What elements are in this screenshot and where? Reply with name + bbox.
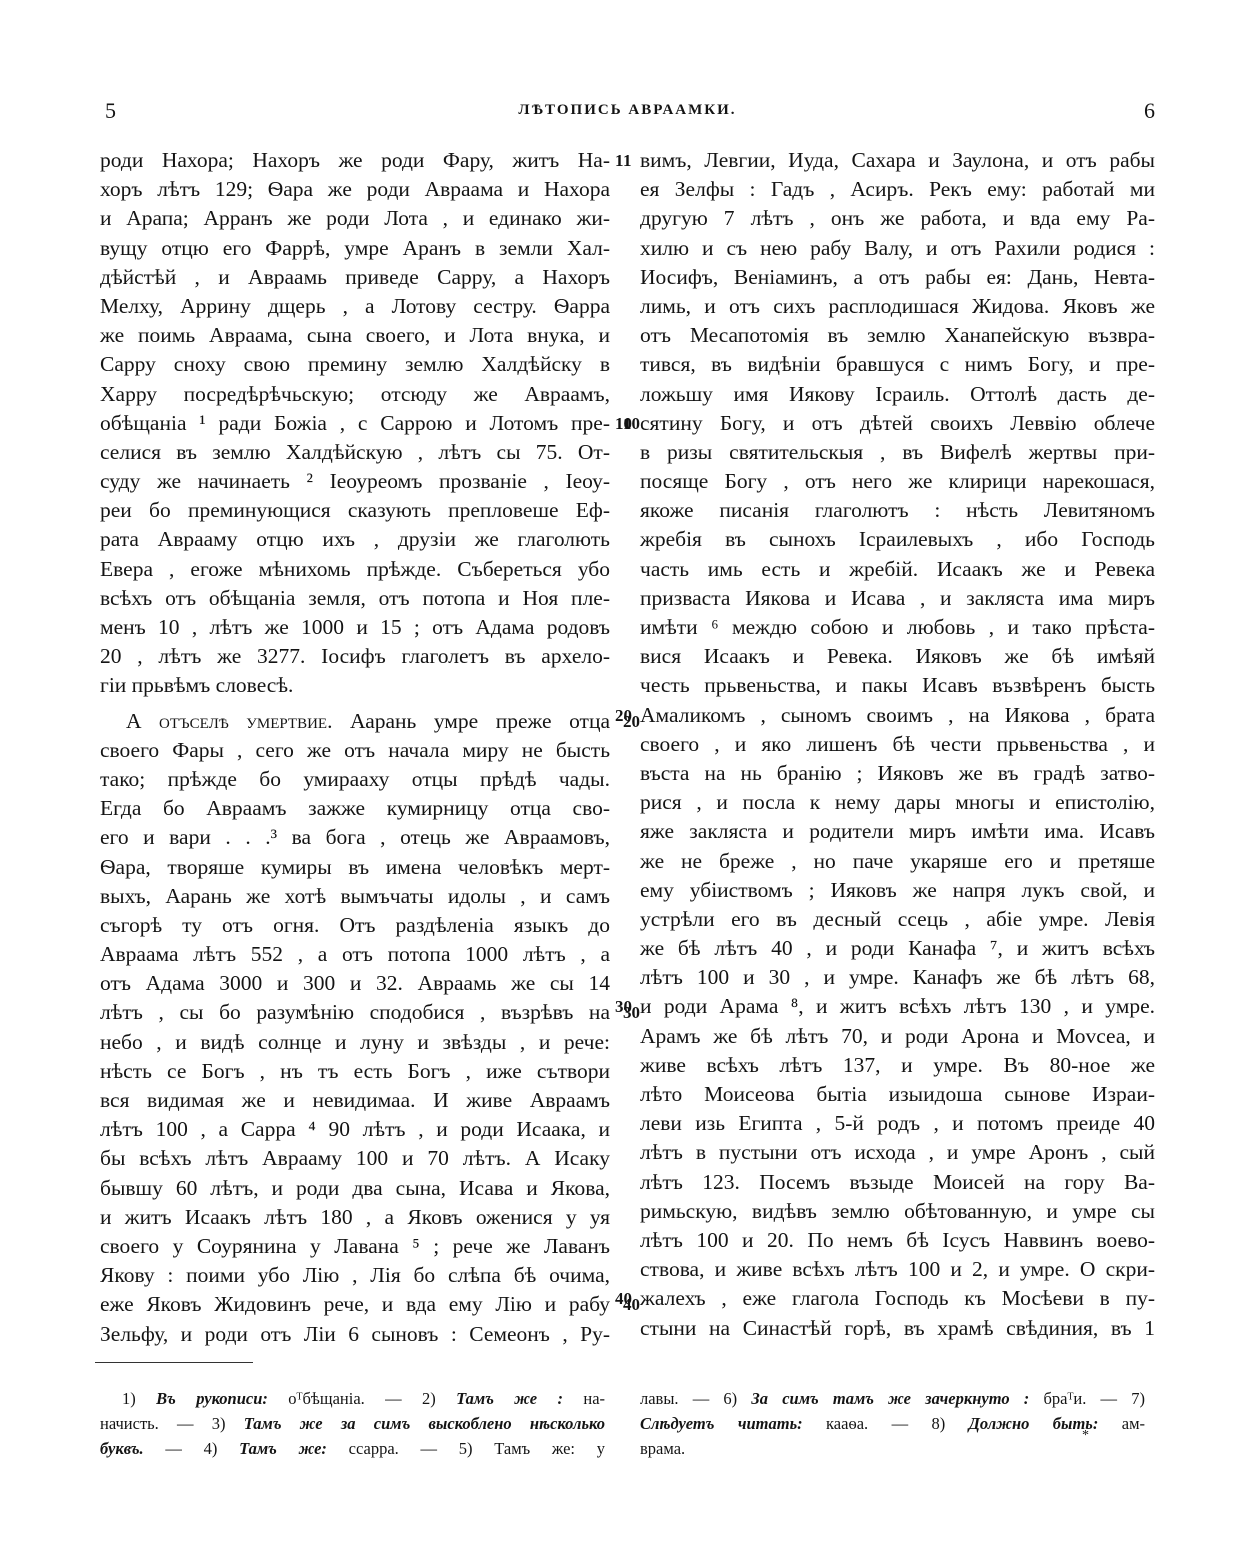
text-line: лѣтъ 100 и 30 , и умре. Канафъ же бѣ лѣт…	[640, 963, 1155, 992]
text-line: Зельфу, и роди отъ Ліи 6 сыновъ : Семеон…	[100, 1320, 610, 1349]
text-line: въста на нь бранію ; Ияковъ же въ градѣ …	[640, 759, 1155, 788]
page-number-right: 6	[1144, 98, 1155, 124]
text-line: реи бо преминующися сказують преплове­ше…	[100, 496, 610, 525]
text-line: имѣти ⁶ междю собою и любовь , и тако пр…	[640, 613, 1155, 642]
text-line: бывшу 60 лѣтъ, и роди два сына, Исава и …	[100, 1174, 610, 1203]
text-line: 20 , лѣтъ же 3277. Іосифъ глаголетъ въ а…	[100, 642, 610, 671]
text-line: гіи прьвѣмъ словесѣ.	[100, 671, 610, 700]
text-line: Якову : поими убо Лію , Лія бо слѣпа бѣ …	[100, 1261, 610, 1290]
text-line: жребія въ сынохъ Ісраилевыхъ , ибо Госпо…	[640, 525, 1155, 554]
text-line: леви изь Египта , 5-й родъ , и потомъ пр…	[640, 1109, 1155, 1138]
text-line: Амаликомъ , сыномъ своимъ , на Иякова , …	[640, 701, 1155, 730]
text-line: суду же начинаеть ² Іеоуреомъ прозваніе …	[100, 467, 610, 496]
text-line: лѣтъ 123. Посемъ възыде Моисей на гору В…	[640, 1168, 1155, 1197]
text-line: съгорѣ ту отъ огня. Отъ раздѣленіа языкъ…	[100, 911, 610, 940]
text-line: другую 7 лѣтъ , онъ же работа, и вда ему…	[640, 204, 1155, 233]
signature-mark: *	[1082, 1428, 1089, 1444]
footnote-line: начисть. — 3) Тамъ же за симъ выскоблено…	[100, 1411, 605, 1436]
text-line: и Арапа; Арранъ же роди Лота , и единако…	[100, 204, 610, 233]
text-line: стыни на Синастѣй горѣ, въ храмѣ свѣдини…	[640, 1314, 1155, 1343]
footnote-line: врама.	[640, 1436, 1145, 1461]
text-line: в ризы святительскыя , въ Вифелѣ жертвы …	[640, 438, 1155, 467]
text-line: Евера , егоже мѣнихомь прѣжде. Съберетьс…	[100, 555, 610, 584]
text-line: Ѳара, творяше кумиры въ имена человѣкъ м…	[100, 853, 610, 882]
text-line: же поимь Авраама, сына своего, и Лота вн…	[100, 321, 610, 350]
paragraph-heading-line: А отъселѣ умертвие. Аарань умре преже от…	[100, 707, 610, 736]
footnote-line: лавы. — 6) За симъ тамъ же зачеркнуто : …	[640, 1386, 1145, 1411]
footnote-line: буквъ. — 4) Тамъ же: ссарра. — 5) Тамъ ж…	[100, 1436, 605, 1461]
text-line: отъ Месапотомія въ землю Ханапейскую въз…	[640, 321, 1155, 350]
text-line: лѣтъ в пустыни отъ исхода , и умре Аронъ…	[640, 1138, 1155, 1167]
running-title: ЛѢТОПИСЬ АВРААМКИ.	[100, 102, 1155, 119]
footnote-rule	[95, 1362, 253, 1363]
line-number: 10	[615, 409, 632, 438]
text-line: Арамъ же бѣ лѣтъ 70, и роди Арона и Моvс…	[640, 1022, 1155, 1051]
text-line: своего , и яко лишенъ бѣ чести прьвеньст…	[640, 730, 1155, 759]
text-line: хилю и съ нею рабу Валу, и отъ Рахили ро…	[640, 234, 1155, 263]
line-number: 40	[615, 1284, 632, 1313]
text-line: устрѣли его въ десный ссець , абіе умре.…	[640, 905, 1155, 934]
text-line: еже Яковъ Жидовинъ рече, и вда ему Лію и…	[100, 1290, 610, 1319]
text-line: честь прьвеньства, и пакы Исавъ възвѣрен…	[640, 671, 1155, 700]
text-line: своего у Соурянина у Лавана ⁵ ; рече же …	[100, 1232, 610, 1261]
text-line: жалехъ , еже глагола Господь къ Мосѣеви …	[640, 1284, 1155, 1313]
text-line: Харру посредѣрѣчьскую; отсюду же Авраамъ…	[100, 380, 610, 409]
left-column: роди Нахора; Нахоръ же роди Фару, житъ Н…	[100, 146, 610, 1349]
line-number: 20	[615, 701, 632, 730]
text-line: Сарру сноху свою премину землю Халдѣйску…	[100, 350, 610, 379]
footnotes-right: лавы. — 6) За симъ тамъ же зачеркнуто : …	[640, 1386, 1145, 1461]
text-line: Иосифъ, Веніаминъ, а отъ рабы ея: Дань, …	[640, 263, 1155, 292]
text-line: лѣтъ 100 и 20. По немъ бѣ Ісусъ Наввинъ …	[640, 1226, 1155, 1255]
text-line: менъ 10 , лѣтъ же 1000 и 15 ; отъ Адама …	[100, 613, 610, 642]
right-column: вимъ, Левгии, Иуда, Сахара и Заулона, и …	[640, 146, 1155, 1343]
text-line: якоже писанія глаголютъ : нѣсть Левитяно…	[640, 496, 1155, 525]
text-line: и житъ Исаакъ лѣтъ 180 , а Яковъ оженися…	[100, 1203, 610, 1232]
text-line: нѣсть се Богъ , нъ тъ есть Богъ , иже съ…	[100, 1057, 610, 1086]
text-line: небо , и видѣ солнце и луну и звѣзды , и…	[100, 1028, 610, 1057]
text-line: хоръ лѣтъ 129; Ѳара же роди Авраама и На…	[100, 175, 610, 204]
text-line: обѣщаніа ¹ ради Божіа , с Саррою и Лотом…	[100, 409, 610, 438]
text-line: Авраама лѣтъ 552 , а отъ потопа 1000 лѣт…	[100, 940, 610, 969]
text-line: живе всѣхъ лѣтъ 137, и умре. Въ 80-ное ж…	[640, 1051, 1155, 1080]
text-line: ствова, и живе всѣхъ лѣтъ 100 и 2, и умр…	[640, 1255, 1155, 1284]
text-line: ему убіиствомъ ; Ияковъ же напря лукъ св…	[640, 876, 1155, 905]
text-line: и роди Арама ⁸, и житъ всѣхъ лѣтъ 130 , …	[640, 992, 1155, 1021]
text-line: же бѣ лѣтъ 40 , и роди Канафа ⁷, и житъ …	[640, 934, 1155, 963]
text-line: ложьшу имя Иякову Ісраиль. Оттолѣ дасть …	[640, 380, 1155, 409]
text-line: роди Нахора; Нахоръ же роди Фару, житъ Н…	[100, 146, 610, 175]
text-line: тився, въ видѣніи бравшуся с нимъ Богу, …	[640, 350, 1155, 379]
text-line: же не бреже , но паче укаряше его и прет…	[640, 847, 1155, 876]
text-line: рата Аврааму отцю ихъ , друзіи же глагол…	[100, 525, 610, 554]
text-line: лимь, и отъ сихъ расплодишася Жидова. Як…	[640, 292, 1155, 321]
text-line: дѣйстѣй , и Авраамь приведе Сарру, а Нах…	[100, 263, 610, 292]
text-line: Мелху, Аррину дщерь , а Лотову сестру. Ѳ…	[100, 292, 610, 321]
text-line: ея Зелфы : Гадъ , Асиръ. Рекъ ему: работ…	[640, 175, 1155, 204]
text-line: вися Исаакъ и Ревека. Ияковъ же бѣ имѣяй	[640, 642, 1155, 671]
text-line: всѣхъ отъ обѣщаніа земля, отъ потопа и Н…	[100, 584, 610, 613]
line-number: 30	[615, 992, 632, 1021]
text-line: выхъ, Аарань же хотѣ вымъчаты идолы , и …	[100, 882, 610, 911]
text-line: вимъ, Левгии, Иуда, Сахара и Заулона, и …	[640, 146, 1155, 175]
text-line: лѣтъ , сы бо разумѣнію сподобися , възрѣ…	[100, 998, 610, 1027]
text-line: его и вари . . .³ ва бога , отець же Авр…	[100, 823, 610, 852]
text-line: яже закляста и родители миръ имѣти има. …	[640, 817, 1155, 846]
footnote-line: Слѣдуетъ читать: кааѳа. — 8) Должно быть…	[640, 1411, 1145, 1436]
text-line: вся видимая же и невидимаа. И живе Авраа…	[100, 1086, 610, 1115]
text-line: тако; прѣжде бо умирааху отцы прѣдѣ чады…	[100, 765, 610, 794]
text-line: римьскую, видѣвъ землю обѣтованную, и ум…	[640, 1197, 1155, 1226]
page-header: 5 ЛѢТОПИСЬ АВРААМКИ. 6	[100, 98, 1155, 128]
text-line: бы всѣхъ лѣтъ Аврааму 100 и 70 лѣтъ. А И…	[100, 1144, 610, 1173]
text-line: своего Фары , сего же отъ начала миру не…	[100, 736, 610, 765]
footnotes-left: 1) Въ рукописи: оᵀбѣщаніа. — 2) Тамъ же …	[100, 1386, 605, 1461]
text-line: селися въ землю Халдѣйскую , лѣтъ сы 75.…	[100, 438, 610, 467]
text-line: вущу отцю его Фаррѣ, умре Аранъ в земли …	[100, 234, 610, 263]
text-line: сятину Богу, и отъ дѣтей своихъ Леввію о…	[640, 409, 1155, 438]
text-line: отъ Адама 3000 и 300 и 32. Авраамь же сы…	[100, 969, 610, 998]
footnote-line: 1) Въ рукописи: оᵀбѣщаніа. — 2) Тамъ же …	[100, 1386, 605, 1411]
text-line: лѣто Моисеова бытіа изыидоша сынове Изра…	[640, 1080, 1155, 1109]
line-number: 1	[615, 146, 624, 175]
text-line: рися , и посла к нему дары многы и епист…	[640, 788, 1155, 817]
text-line: Егда бо Авраамъ зажже кумирницу отца сво…	[100, 794, 610, 823]
text-line: лѣтъ 100 , а Сарра ⁴ 90 лѣтъ , и роди Ис…	[100, 1115, 610, 1144]
line-number: 1	[623, 146, 632, 175]
text-line: часть имь есть и жребій. Исаакъ же и Рев…	[640, 555, 1155, 584]
section-lead: А отъселѣ умертвие.	[126, 709, 332, 733]
text-line: призваста Иякова и Исава , и закляста им…	[640, 584, 1155, 613]
text-line: посяще Богу , отъ него же клирици нареко…	[640, 467, 1155, 496]
